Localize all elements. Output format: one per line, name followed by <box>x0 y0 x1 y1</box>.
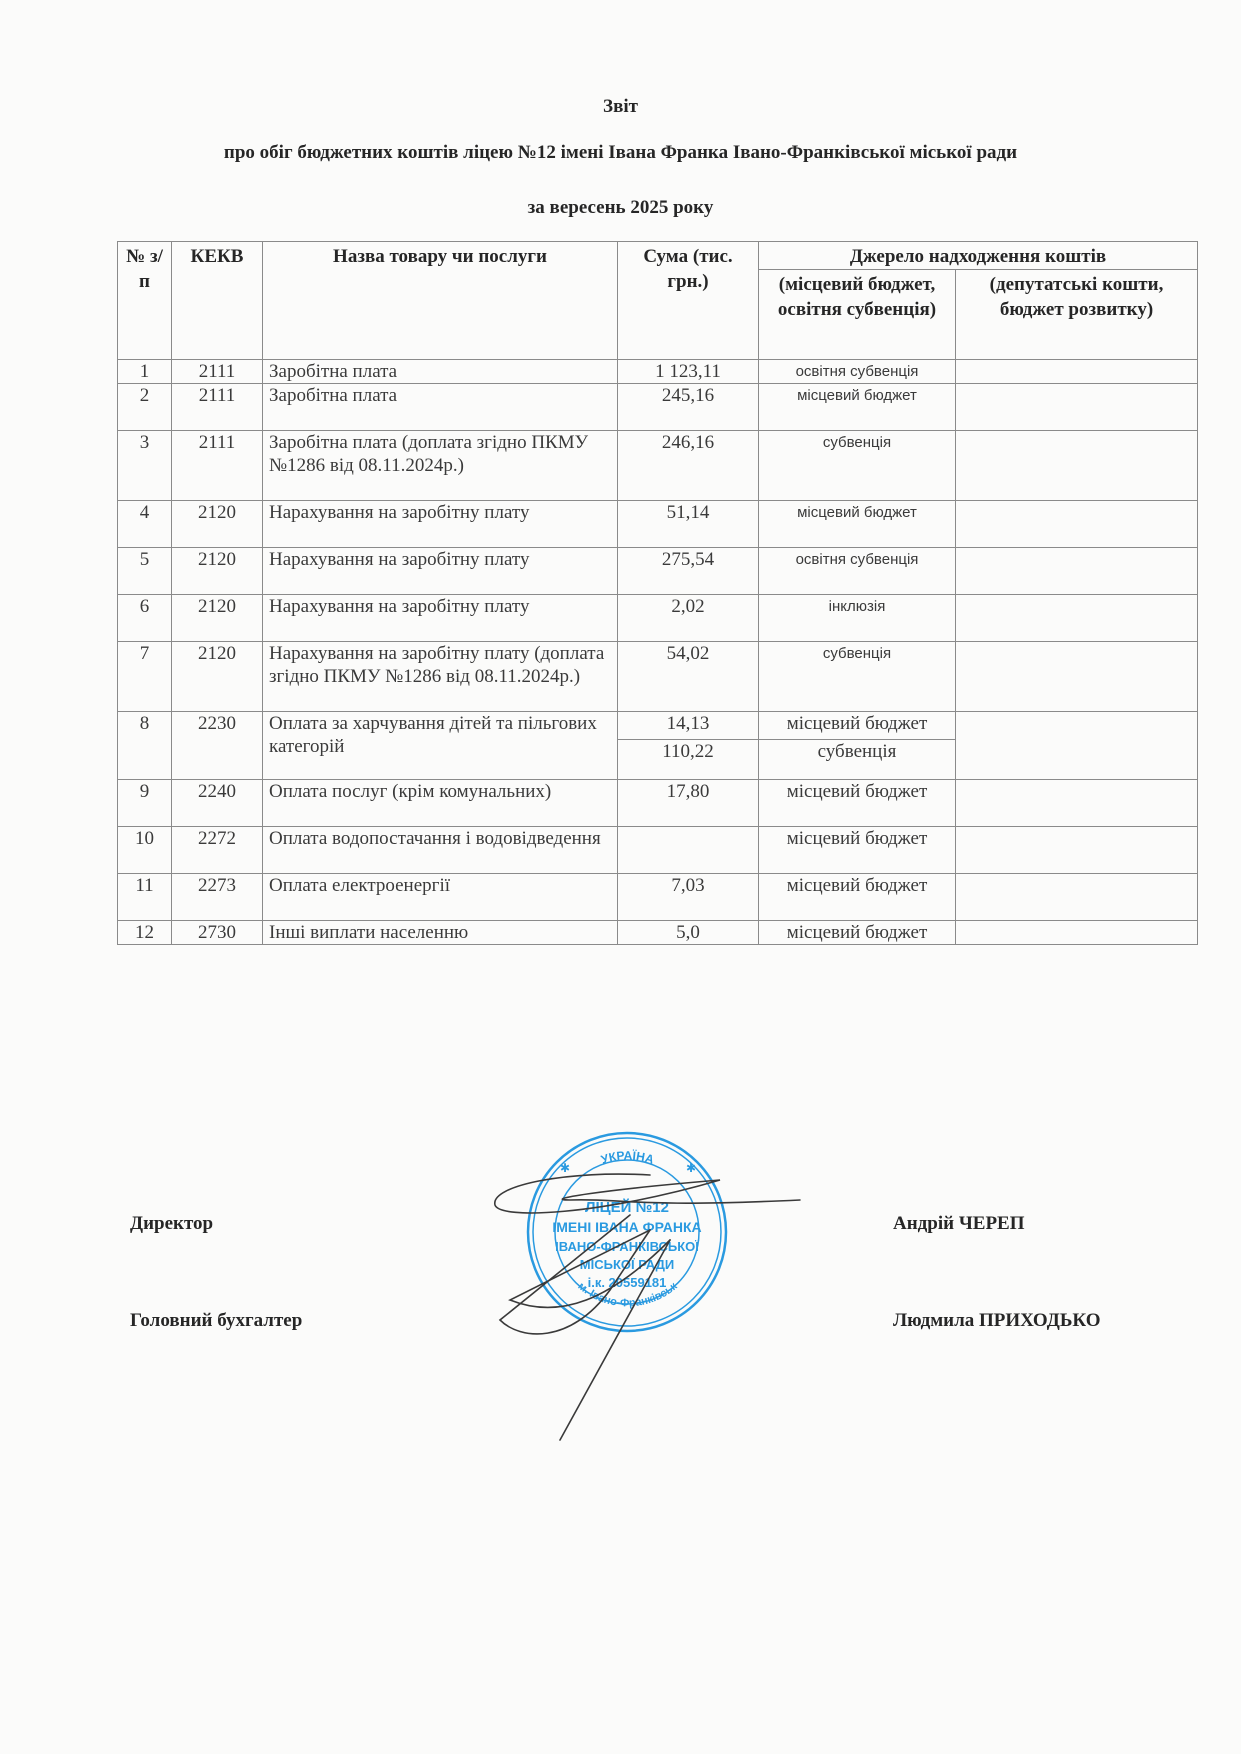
row-deputy <box>956 780 1198 827</box>
row-sum: 110,22 <box>618 740 759 780</box>
row-num: 12 <box>118 921 172 945</box>
row-kekv: 2273 <box>172 874 263 921</box>
row-source: субвенція <box>759 431 956 501</box>
row-name: Заробітна плата (доплата згідно ПКМУ №12… <box>263 431 618 501</box>
row-deputy <box>956 874 1198 921</box>
header-source-deputy: (депутатські кошти, бюджет розвитку) <box>956 270 1198 360</box>
accountant-label: Головний бухгалтер <box>130 1310 302 1332</box>
row-kekv: 2120 <box>172 642 263 712</box>
row-sum: 245,16 <box>618 384 759 431</box>
row-source: місцевий бюджет <box>759 712 956 740</box>
row-name: Оплата за харчування дітей та пільгових … <box>263 712 618 780</box>
row-kekv: 2111 <box>172 431 263 501</box>
accountant-name: Людмила ПРИХОДЬКО <box>893 1310 1100 1332</box>
table-row: 92240Оплата послуг (крім комунальних)17,… <box>118 780 1198 827</box>
row-kekv: 2240 <box>172 780 263 827</box>
row-source: інклюзія <box>759 595 956 642</box>
budget-report-table: № з/п КЕКВ Назва товару чи послуги Сума … <box>117 241 1198 945</box>
table-row: 22111Заробітна плата245,16місцевий бюдже… <box>118 384 1198 431</box>
row-kekv: 2120 <box>172 501 263 548</box>
row-sum: 5,0 <box>618 921 759 945</box>
row-name: Заробітна плата <box>263 360 618 384</box>
header-kekv: КЕКВ <box>172 242 263 360</box>
row-deputy <box>956 431 1198 501</box>
table-row: 12111Заробітна плата1 123,11освітня субв… <box>118 360 1198 384</box>
row-source: місцевий бюджет <box>759 874 956 921</box>
row-deputy <box>956 595 1198 642</box>
row-num: 3 <box>118 431 172 501</box>
row-source: субвенція <box>759 740 956 780</box>
row-source: місцевий бюджет <box>759 384 956 431</box>
row-sum: 14,13 <box>618 712 759 740</box>
row-sum: 1 123,11 <box>618 360 759 384</box>
header-source-local: (місцевий бюджет, освітня субвенція) <box>759 270 956 360</box>
row-sum: 17,80 <box>618 780 759 827</box>
row-deputy <box>956 501 1198 548</box>
row-num: 8 <box>118 712 172 780</box>
header-name: Назва товару чи послуги <box>263 242 618 360</box>
header-source: Джерело надходження коштів <box>759 242 1198 270</box>
table-row: 72120Нарахування на заробітну плату (доп… <box>118 642 1198 712</box>
document-subtitle: про обіг бюджетних коштів ліцею №12 імен… <box>0 142 1241 164</box>
table-row: 102272Оплата водопостачання і водовідвед… <box>118 827 1198 874</box>
row-sum: 54,02 <box>618 642 759 712</box>
row-kekv: 2730 <box>172 921 263 945</box>
table-row: 112273Оплата електроенергії7,03місцевий … <box>118 874 1198 921</box>
row-num: 1 <box>118 360 172 384</box>
director-name: Андрій ЧЕРЕП <box>893 1213 1025 1235</box>
row-num: 7 <box>118 642 172 712</box>
row-kekv: 2272 <box>172 827 263 874</box>
row-source: місцевий бюджет <box>759 780 956 827</box>
row-kekv: 2111 <box>172 384 263 431</box>
row-sum: 246,16 <box>618 431 759 501</box>
row-deputy <box>956 712 1198 780</box>
row-num: 4 <box>118 501 172 548</box>
row-deputy <box>956 827 1198 874</box>
row-sum: 275,54 <box>618 548 759 595</box>
row-name: Інші виплати населенню <box>263 921 618 945</box>
row-deputy <box>956 384 1198 431</box>
row-source: місцевий бюджет <box>759 921 956 945</box>
table-body: 12111Заробітна плата1 123,11освітня субв… <box>118 360 1198 945</box>
row-kekv: 2120 <box>172 595 263 642</box>
row-sum: 7,03 <box>618 874 759 921</box>
report-period: за вересень 2025 року <box>0 197 1241 219</box>
table-row: 62120Нарахування на заробітну плату2,02і… <box>118 595 1198 642</box>
row-name: Нарахування на заробітну плату (доплата … <box>263 642 618 712</box>
row-deputy <box>956 921 1198 945</box>
row-deputy <box>956 642 1198 712</box>
row-name: Нарахування на заробітну плату <box>263 595 618 642</box>
row-kekv: 2111 <box>172 360 263 384</box>
table-row: 42120Нарахування на заробітну плату51,14… <box>118 501 1198 548</box>
header-sum: Сума (тис. грн.) <box>618 242 759 360</box>
document-title: Звіт <box>0 96 1241 118</box>
row-deputy <box>956 360 1198 384</box>
row-num: 2 <box>118 384 172 431</box>
director-label: Директор <box>130 1213 213 1235</box>
header-num: № з/п <box>118 242 172 360</box>
row-source: місцевий бюджет <box>759 827 956 874</box>
row-num: 10 <box>118 827 172 874</box>
row-sum: 2,02 <box>618 595 759 642</box>
row-num: 11 <box>118 874 172 921</box>
table-row: 82230Оплата за харчування дітей та пільг… <box>118 712 1198 740</box>
svg-text:УКРАЇНА: УКРАЇНА <box>599 1148 656 1167</box>
row-num: 6 <box>118 595 172 642</box>
table-row: 32111Заробітна плата (доплата згідно ПКМ… <box>118 431 1198 501</box>
row-name: Нарахування на заробітну плату <box>263 501 618 548</box>
row-num: 5 <box>118 548 172 595</box>
row-kekv: 2230 <box>172 712 263 780</box>
row-num: 9 <box>118 780 172 827</box>
row-source: освітня субвенція <box>759 548 956 595</box>
row-name: Нарахування на заробітну плату <box>263 548 618 595</box>
row-sum <box>618 827 759 874</box>
row-source: місцевий бюджет <box>759 501 956 548</box>
row-sum: 51,14 <box>618 501 759 548</box>
row-name: Оплата електроенергії <box>263 874 618 921</box>
row-name: Оплата водопостачання і водовідведення <box>263 827 618 874</box>
row-kekv: 2120 <box>172 548 263 595</box>
row-deputy <box>956 548 1198 595</box>
table-row: 122730Інші виплати населенню5,0місцевий … <box>118 921 1198 945</box>
signature-icon <box>480 1170 810 1450</box>
table-row: 52120Нарахування на заробітну плату275,5… <box>118 548 1198 595</box>
row-name: Оплата послуг (крім комунальних) <box>263 780 618 827</box>
row-name: Заробітна плата <box>263 384 618 431</box>
row-source: субвенція <box>759 642 956 712</box>
stamp-country: УКРАЇНА <box>599 1148 656 1167</box>
row-source: освітня субвенція <box>759 360 956 384</box>
